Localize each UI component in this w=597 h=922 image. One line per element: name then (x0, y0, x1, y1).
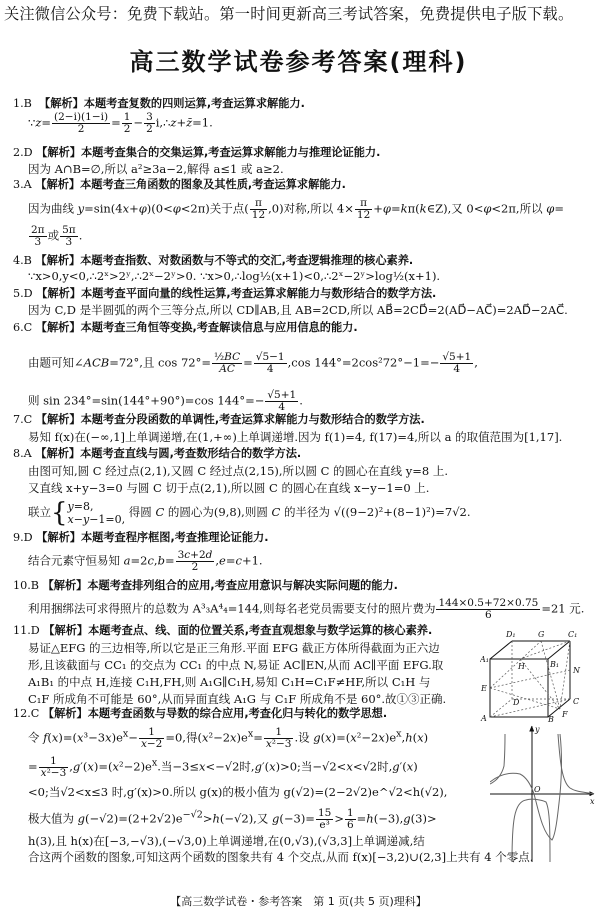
question-12-solution-line-4: 极大值为 g(−√2)=(2+2√2)e−√2>h(−√2),又 g(−3)=1… (28, 808, 437, 831)
question-11-solution-line-1: 易证△EFG 的三边相等,所以它是正三角形.平面 EFG 截正方体所得截面为正六… (28, 641, 440, 655)
svg-text:E: E (480, 684, 487, 693)
watermark-banner: 关注微信公众号：免费下载站。第一时间更新高三考试答案，免费提供电子版下载。 (4, 3, 573, 24)
question-11-solution-line-2: 形,且该截面与 CC₁ 的交点为 CC₁ 的中点 N,易证 AC∥EN,从而 A… (28, 658, 443, 672)
question-2-header: 2.D 【解析】本题考查集合的交集运算,考查运算求解能力与推理论证能力. (13, 146, 380, 160)
svg-text:A: A (480, 714, 487, 722)
question-2-solution: 因为 A∩B=∅,所以 a²≥3a−2,解得 a≤1 或 a≥2. (28, 162, 284, 176)
svg-text:D: D (512, 698, 520, 707)
svg-text:D₁: D₁ (505, 630, 516, 639)
question-1-header: 1.B 【解析】本题考查复数的四则运算,考查运算求解能力. (13, 97, 305, 111)
question-12-solution-line-1: 令 f(x)=(x³−3x)ex−1x−2=0,得(x²−2x)ex=1x²−3… (28, 727, 428, 750)
question-7-header: 7.C 【解析】本题考查分段函数的单调性,考查运算求解能力与数形结合的数学方法. (13, 413, 425, 427)
question-12-header: 12.C 【解析】本题考查函数与导数的综合应用,考查化归与转化的数学思想. (13, 707, 387, 721)
question-4-solution: ∵x>0,y<0,∴2ˣ>2ʸ,∴2ˣ−2ʸ>0. ∵x>0,∴log½(x+1… (28, 269, 440, 283)
svg-text:O: O (534, 785, 541, 794)
svg-text:G: G (538, 630, 545, 639)
question-7-solution: 易知 f(x)在(−∞,1]上单调递增,在(1,+∞)上单调递增.因为 f(1)… (28, 430, 562, 444)
page-footer: 【高三数学试卷・参考答案 第 1 页(共 5 页)理科】 (0, 893, 597, 909)
svg-text:B: B (547, 715, 554, 722)
question-3-header: 3.A 【解析】本题考查三角函数的图象及其性质,考查运算求解能力. (13, 178, 346, 192)
svg-text:H: H (517, 662, 526, 671)
cube-figure: D₁GC₁ A₁HB₁ NED CFAB (480, 622, 595, 722)
question-3-solution-line-1: 因为曲线 y=sin(4x+φ)(0<φ<2π)关于点(π12,0)对称,所以 … (28, 198, 564, 221)
svg-text:y: y (534, 725, 540, 734)
question-5-header: 5.D 【解析】本题考查平面向量的线性运算,考查运算求解能力与数形结合的数学方法… (13, 287, 436, 301)
svg-text:x: x (590, 797, 595, 806)
question-4-header: 4.B 【解析】本题考查指数、对数函数与不等式的交汇,考查逻辑推理的核心素养. (13, 254, 413, 268)
function-graph-figure: y x O (490, 722, 597, 862)
question-8-solution-line-1: 由图可知,圆 C 经过点(2,1),又圆 C 经过点(2,15),所以圆 C 的… (28, 464, 448, 478)
question-8-solution-line-3: 联立{y=8,x−y−1=0, 得圆 C 的圆心为(9,8),则圆 C 的半径为… (28, 500, 471, 526)
question-3-solution-line-2: 2π3或5π3. (28, 225, 82, 248)
question-8-solution-line-2: 又直线 x+y−3=0 与圆 C 切于点(2,1),所以圆 C 的圆心在直线 x… (28, 481, 429, 495)
svg-text:N: N (572, 666, 581, 675)
page-title: 高三数学试卷参考答案(理科) (0, 42, 597, 77)
svg-text:C: C (573, 697, 579, 706)
svg-text:C₁: C₁ (568, 630, 577, 639)
question-8-header: 8.A 【解析】本题考查直线与圆,考查数形结合的数学方法. (13, 447, 301, 461)
question-12-solution-line-6: 合这两个函数的图象,可知这两个函数的图象共有 4 个交点,从而 f(x)[−3,… (28, 850, 533, 864)
question-11-header: 11.D 【解析】本题考查点、线、面的位置关系,考查直观想象与数学运算的核心素养… (13, 624, 432, 638)
question-6-header: 6.C 【解析】本题考查三角恒等变换,考查解读信息与应用信息的能力. (13, 321, 358, 335)
question-12-solution-line-2: =1x²−3,g′(x)=(x²−2)ex.当−3≤x<−√2时,g′(x)>0… (28, 756, 418, 779)
question-12-solution-line-5: h(3),且 h(x)在[−3,−√3),(−√3,0)上单调递增,在(0,√3… (28, 834, 425, 848)
question-10-solution: 利用捆绑法可求得照片的总数为 A³₃A⁴₄=144,则每名老党员需要支付的照片费… (28, 598, 584, 621)
question-6-solution-line-1: 由题可知∠ACB=72°,且 cos 72°=½BCAC=√5−14,cos 1… (28, 352, 478, 375)
svg-text:B₁: B₁ (549, 660, 559, 669)
question-9-solution: 结合元素守恒易知 a=2c,b=3c+2d2,e=c+1. (28, 550, 263, 573)
question-1-solution: ∵z=(2−i)(1−i)2=12−32i,∴z+z̄=1. (28, 112, 213, 135)
question-9-header: 9.D 【解析】本题考查程序框图,考查推理论证能力. (13, 531, 269, 545)
question-11-solution-line-4: C₁F 所成角不可能是 60°,从而异面直线 A₁G 与 C₁F 所成角不是 6… (28, 692, 446, 706)
question-11-solution-line-3: A₁B₁ 的中点 H,连接 C₁H,FH,则 A₁G∥C₁H,易知 C₁H=C₁… (28, 675, 430, 689)
svg-text:A₁: A₁ (480, 655, 489, 664)
question-6-solution-line-2: 则 sin 234°=sin(144°+90°)=cos 144°=−√5+14… (28, 390, 303, 413)
question-12-solution-line-3: <0;当√2<x≤3 时,g′(x)>0.所以 g(x)的极小值为 g(√2)=… (28, 785, 447, 799)
svg-text:F: F (561, 710, 568, 719)
question-5-solution: 因为 C,D 是半圆弧的两个三等分点,所以 CD∥AB,且 AB=2CD,所以 … (28, 303, 568, 317)
question-10-header: 10.B 【解析】本题考查排列组合的应用,考查应用意识与解决实际问题的能力. (13, 579, 398, 593)
